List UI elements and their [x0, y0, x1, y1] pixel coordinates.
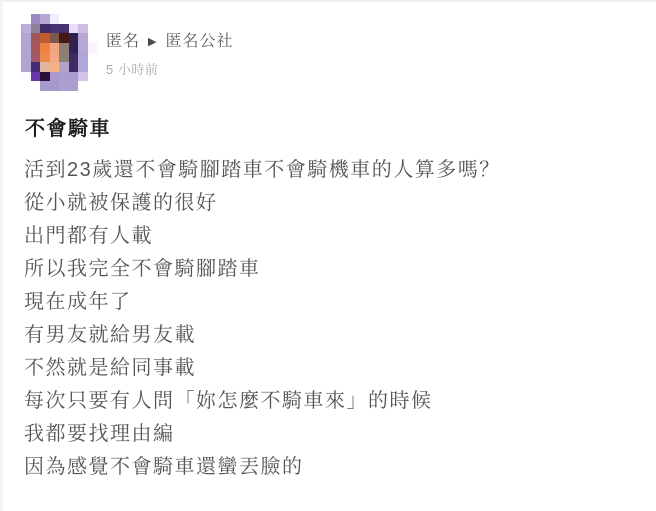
avatar[interactable] [21, 14, 97, 91]
post-title: 不會騎車 [25, 115, 111, 143]
post-target-arrow-icon: ▶ [148, 32, 157, 52]
post-body-line: 我都要找理由編 [24, 418, 644, 451]
post-card: 匿名 ▶ 匿名公社 5 小時前 不會騎車 活到23歲還不會騎腳踏車不會騎機車的人… [0, 0, 656, 511]
post-body-line: 不然就是給同事載 [24, 352, 644, 385]
post-body: 活到23歲還不會騎腳踏車不會騎機車的人算多嗎？ 從小就被保護的很好 出門都有人載… [24, 154, 644, 484]
post-body-line: 每次只要有人問「妳怎麼不騎車來」的時候 [24, 385, 644, 418]
post-body-line: 現在成年了 [24, 286, 644, 319]
post-header-name-line: 匿名 ▶ 匿名公社 [106, 32, 234, 52]
post-body-line: 有男友就給男友載 [24, 319, 644, 352]
post-timestamp[interactable]: 5 小時前 [106, 59, 234, 78]
author-name[interactable]: 匿名 [106, 32, 140, 52]
post-body-line: 因為感覺不會騎車還蠻丟臉的 [24, 451, 644, 484]
group-name[interactable]: 匿名公社 [165, 32, 233, 52]
post-body-line: 活到23歲還不會騎腳踏車不會騎機車的人算多嗎？ [24, 154, 644, 187]
post-body-line: 所以我完全不會騎腳踏車 [24, 253, 644, 286]
post-header: 匿名 ▶ 匿名公社 5 小時前 [106, 32, 234, 78]
post-body-line: 從小就被保護的很好 [24, 187, 644, 220]
post-body-line: 出門都有人載 [24, 220, 644, 253]
